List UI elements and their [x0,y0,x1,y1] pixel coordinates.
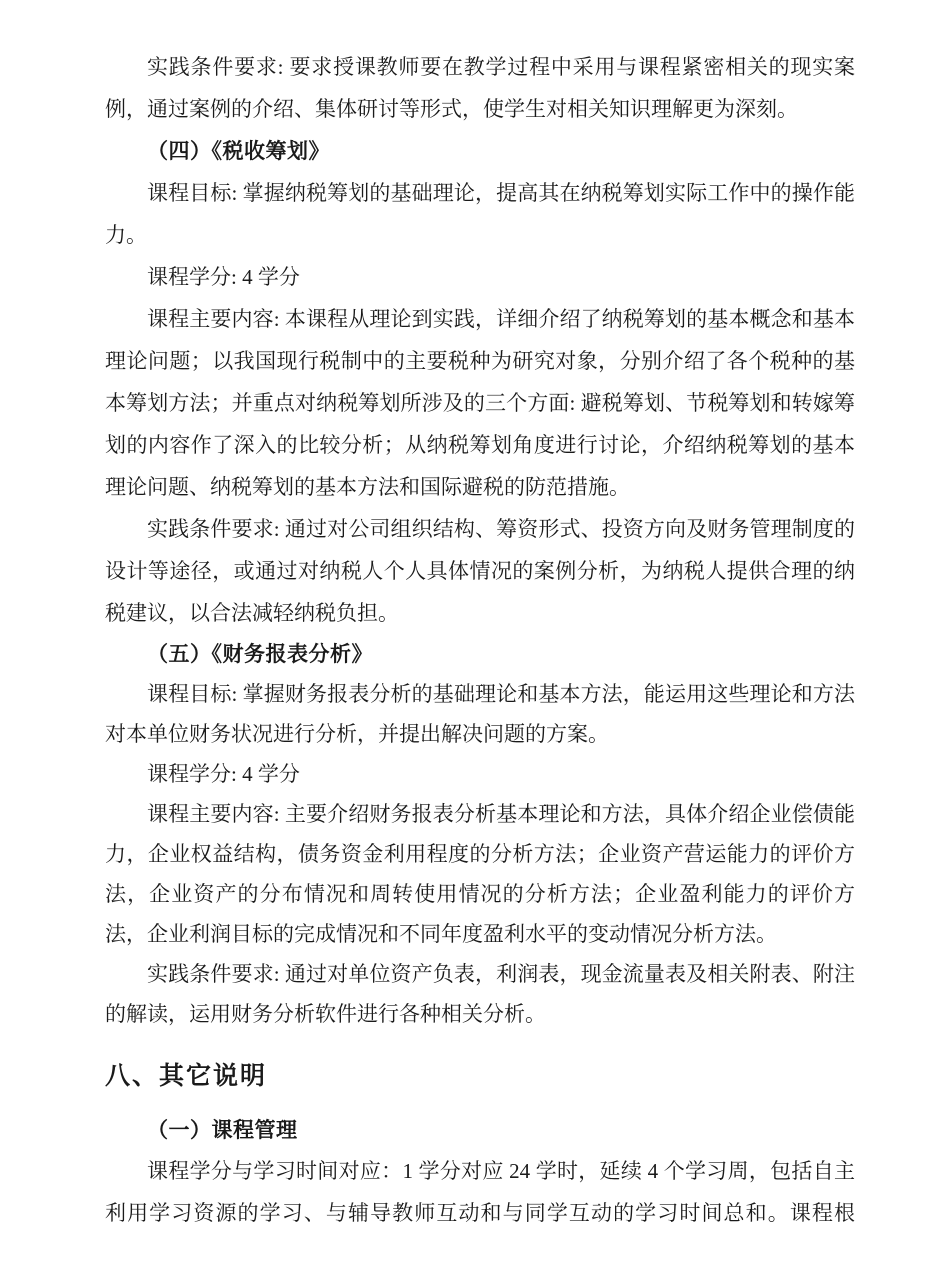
paragraph-practice-requirement-fsa: 实践条件要求: 通过对单位资产负表，利润表，现金流量表及相关附表、附注的解读，运… [105,954,855,1034]
paragraph-credit-time-mapping: 课程学分与学习时间对应：1 学分对应 24 学时，延续 4 个学习周，包括自主利… [105,1150,855,1234]
paragraph-course-content-tax-planning: 课程主要内容: 本课程从理论到实践，详细介绍了纳税筹划的基本概念和基本理论问题；… [105,298,855,508]
document-page: 实践条件要求: 要求授课教师要在教学过程中采用与课程紧密相关的现实案例，通过案例… [0,0,940,1279]
heading-course-5-financial-statement-analysis: （五）《财务报表分析》 [105,634,855,674]
paragraph-course-credits-fsa: 课程学分: 4 学分 [105,754,855,794]
subheading-course-management: （一）课程管理 [105,1110,855,1150]
paragraph-course-credits-tax-planning: 课程学分: 4 学分 [105,256,855,298]
heading-course-4-tax-planning: （四）《税收筹划》 [105,130,855,172]
paragraph-practice-requirement-tax-planning: 实践条件要求: 通过对公司组织结构、筹资形式、投资方向及财务管理制度的设计等途径… [105,508,855,634]
section-heading-other-notes: 八、其它说明 [105,1060,855,1094]
paragraph-course-content-fsa: 课程主要内容: 主要介绍财务报表分析基本理论和方法，具体介绍企业偿债能力，企业权… [105,794,855,954]
paragraph-course-objective-fsa: 课程目标: 掌握财务报表分析的基础理论和基本方法，能运用这些理论和方法对本单位财… [105,674,855,754]
paragraph-practice-requirement-1: 实践条件要求: 要求授课教师要在教学过程中采用与课程紧密相关的现实案例，通过案例… [105,46,855,130]
paragraph-course-objective-tax-planning: 课程目标: 掌握纳税筹划的基础理论，提高其在纳税筹划实际工作中的操作能力。 [105,172,855,256]
